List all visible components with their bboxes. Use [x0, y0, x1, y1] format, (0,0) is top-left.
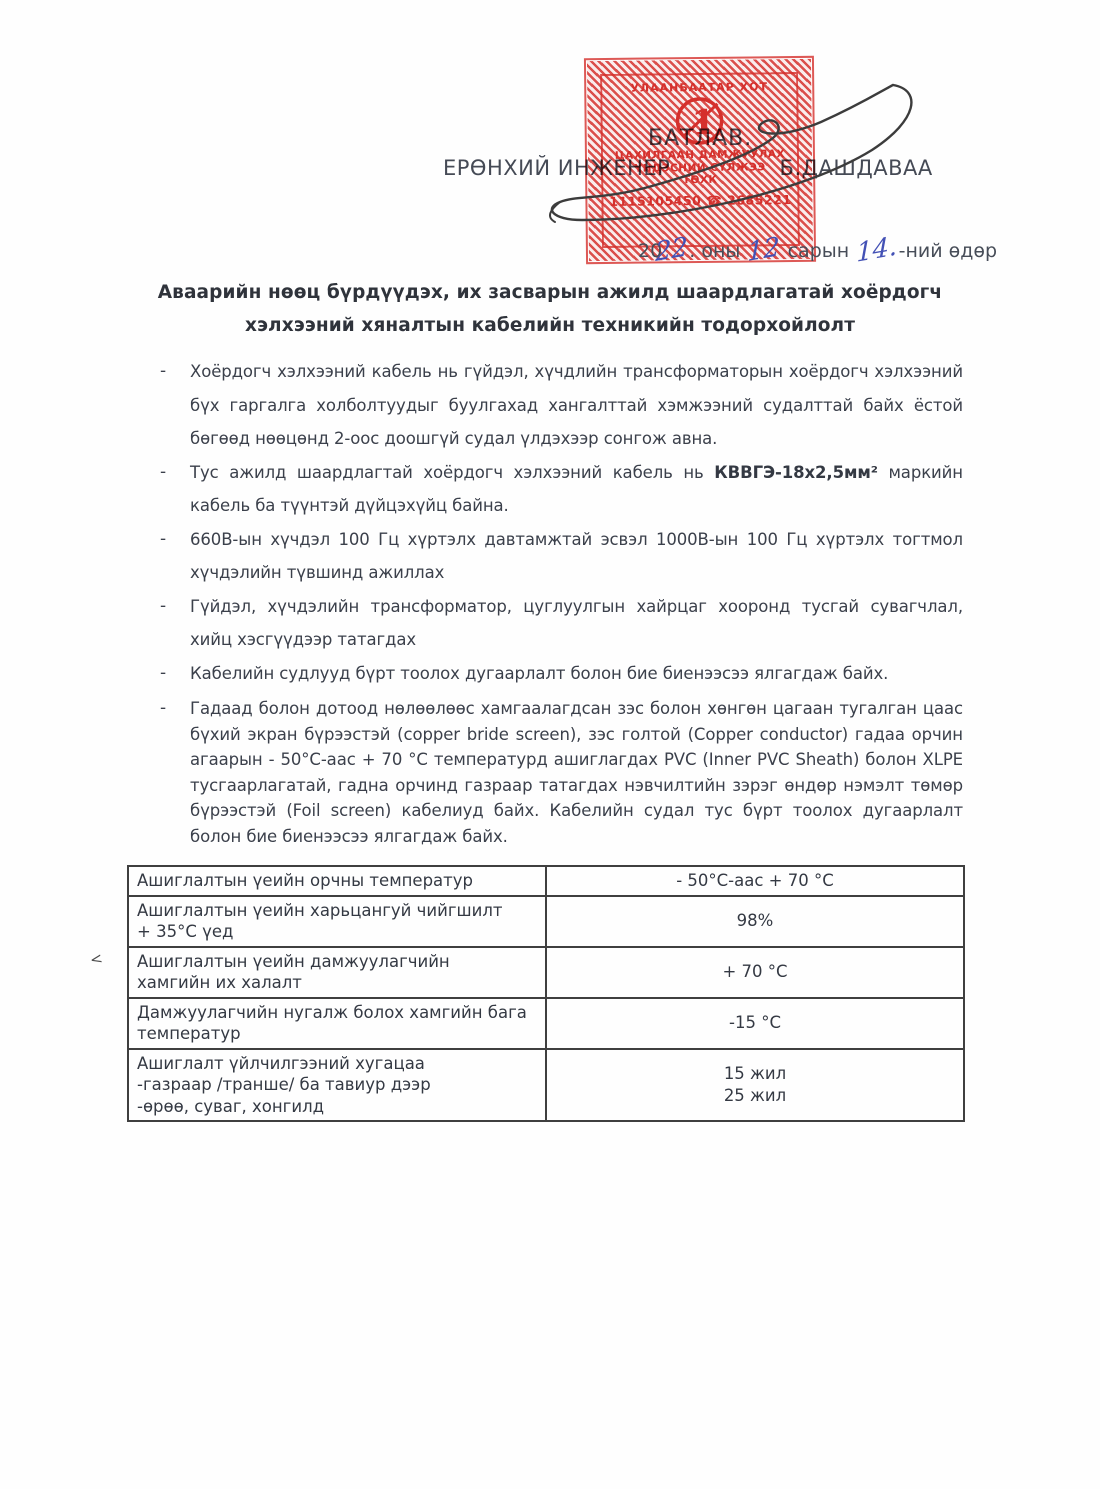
- date-printed-mid2: сарын: [788, 240, 850, 262]
- spec-value: + 70 °С: [546, 947, 964, 998]
- spec-value: 15 жил 25 жил: [546, 1049, 964, 1122]
- bullet-item-2: - Тус ажилд шаардлагтай хоёрдогч хэлхээн…: [160, 456, 963, 523]
- spec-label: Ашиглалт үйлчилгээний хугацаа -газраар /…: [128, 1049, 546, 1122]
- bullet-text: Гадаад болон дотоод нөлөөлөөс хамгаалагд…: [190, 696, 963, 849]
- bullet-dash: -: [160, 456, 190, 523]
- date-line: 2022. оны 12 сарын 14.-ний өдөр: [638, 234, 997, 264]
- bullet-item-5: - Кабелийн судлууд бүрт тоолох дугаарлал…: [160, 657, 963, 691]
- spec-label: Дамжуулагчийн нугалж болох хамгийн бага …: [128, 998, 546, 1049]
- spec-table: Ашиглалтын үеийн орчны температур - 50°С…: [127, 865, 965, 1122]
- spec-label: Ашиглалтын үеийн дамжуулагчийн хамгийн и…: [128, 947, 546, 998]
- date-month-handwritten: 12: [748, 232, 781, 268]
- table-row: Ашиглалтын үеийн орчны температур - 50°С…: [128, 866, 964, 896]
- document-title: Аваарийн нөөц бүрдүүдэх, их засварын ажи…: [0, 276, 1100, 342]
- bullet-item-1: - Хоёрдогч хэлхээний кабель нь гүйдэл, х…: [160, 355, 963, 456]
- cable-mark: КВВГЭ-18х2,5мм²: [714, 463, 878, 482]
- signature-stroke: [520, 62, 1000, 252]
- table-row: Ашиглалтын үеийн дамжуулагчийн хамгийн и…: [128, 947, 964, 998]
- bullet-dash: -: [160, 657, 190, 691]
- bullet-text: Гүйдэл, хүчдэлийн трансформатор, цуглуул…: [190, 590, 963, 657]
- date-day-handwritten: 14.: [857, 231, 898, 269]
- scan-artifact: <: [88, 949, 104, 969]
- date-printed-mid1: . оны: [689, 240, 740, 262]
- spec-label: Ашиглалтын үеийн орчны температур: [128, 866, 546, 896]
- bullet-text: Хоёрдогч хэлхээний кабель нь гүйдэл, хүч…: [190, 355, 963, 456]
- bullet-text: Кабелийн судлууд бүрт тоолох дугаарлалт …: [190, 657, 963, 691]
- bullet-item-3: - 660В-ын хүчдэл 100 Гц хүртэлх давтамжт…: [160, 523, 963, 590]
- spec-label: Ашиглалтын үеийн харьцангуй чийгшилт + 3…: [128, 896, 546, 947]
- date-printed-suffix: -ний өдөр: [899, 240, 997, 262]
- title-line1: Аваарийн нөөц бүрдүүдэх, их засварын ажи…: [0, 276, 1100, 309]
- document-header: УЛААНБААТАР ХОТ 1 ЦАХИЛГААН ДАМЖУУЛАХ ҮН…: [0, 0, 1100, 276]
- bullet-dash: -: [160, 355, 190, 456]
- bullet-text: 660В-ын хүчдэл 100 Гц хүртэлх давтамжтай…: [190, 523, 963, 590]
- table-row: Ашиглалт үйлчилгээний хугацаа -газраар /…: [128, 1049, 964, 1122]
- bullet-item-6: - Гадаад болон дотоод нөлөөлөөс хамгаала…: [160, 696, 963, 849]
- bullet-list: - Хоёрдогч хэлхээний кабель нь гүйдэл, х…: [160, 355, 963, 849]
- bullet-text: Тус ажилд шаардлагтай хоёрдогч хэлхээний…: [190, 456, 963, 523]
- document-page: УЛААНБААТАР ХОТ 1 ЦАХИЛГААН ДАМЖУУЛАХ ҮН…: [0, 0, 1100, 1489]
- spec-value: -15 °С: [546, 998, 964, 1049]
- table-row: Дамжуулагчийн нугалж болох хамгийн бага …: [128, 998, 964, 1049]
- date-year-handwritten: 22: [655, 232, 688, 268]
- table-row: Ашиглалтын үеийн харьцангуй чийгшилт + 3…: [128, 896, 964, 947]
- bullet-dash: -: [160, 590, 190, 657]
- spec-value: 98%: [546, 896, 964, 947]
- bullet-item-4: - Гүйдэл, хүчдэлийн трансформатор, цуглу…: [160, 590, 963, 657]
- bullet-dash: -: [160, 523, 190, 590]
- spec-value: - 50°С-аас + 70 °С: [546, 866, 964, 896]
- title-line2: хэлхээний хяналтын кабелийн техникийн то…: [0, 309, 1100, 342]
- bullet-dash: -: [160, 696, 190, 849]
